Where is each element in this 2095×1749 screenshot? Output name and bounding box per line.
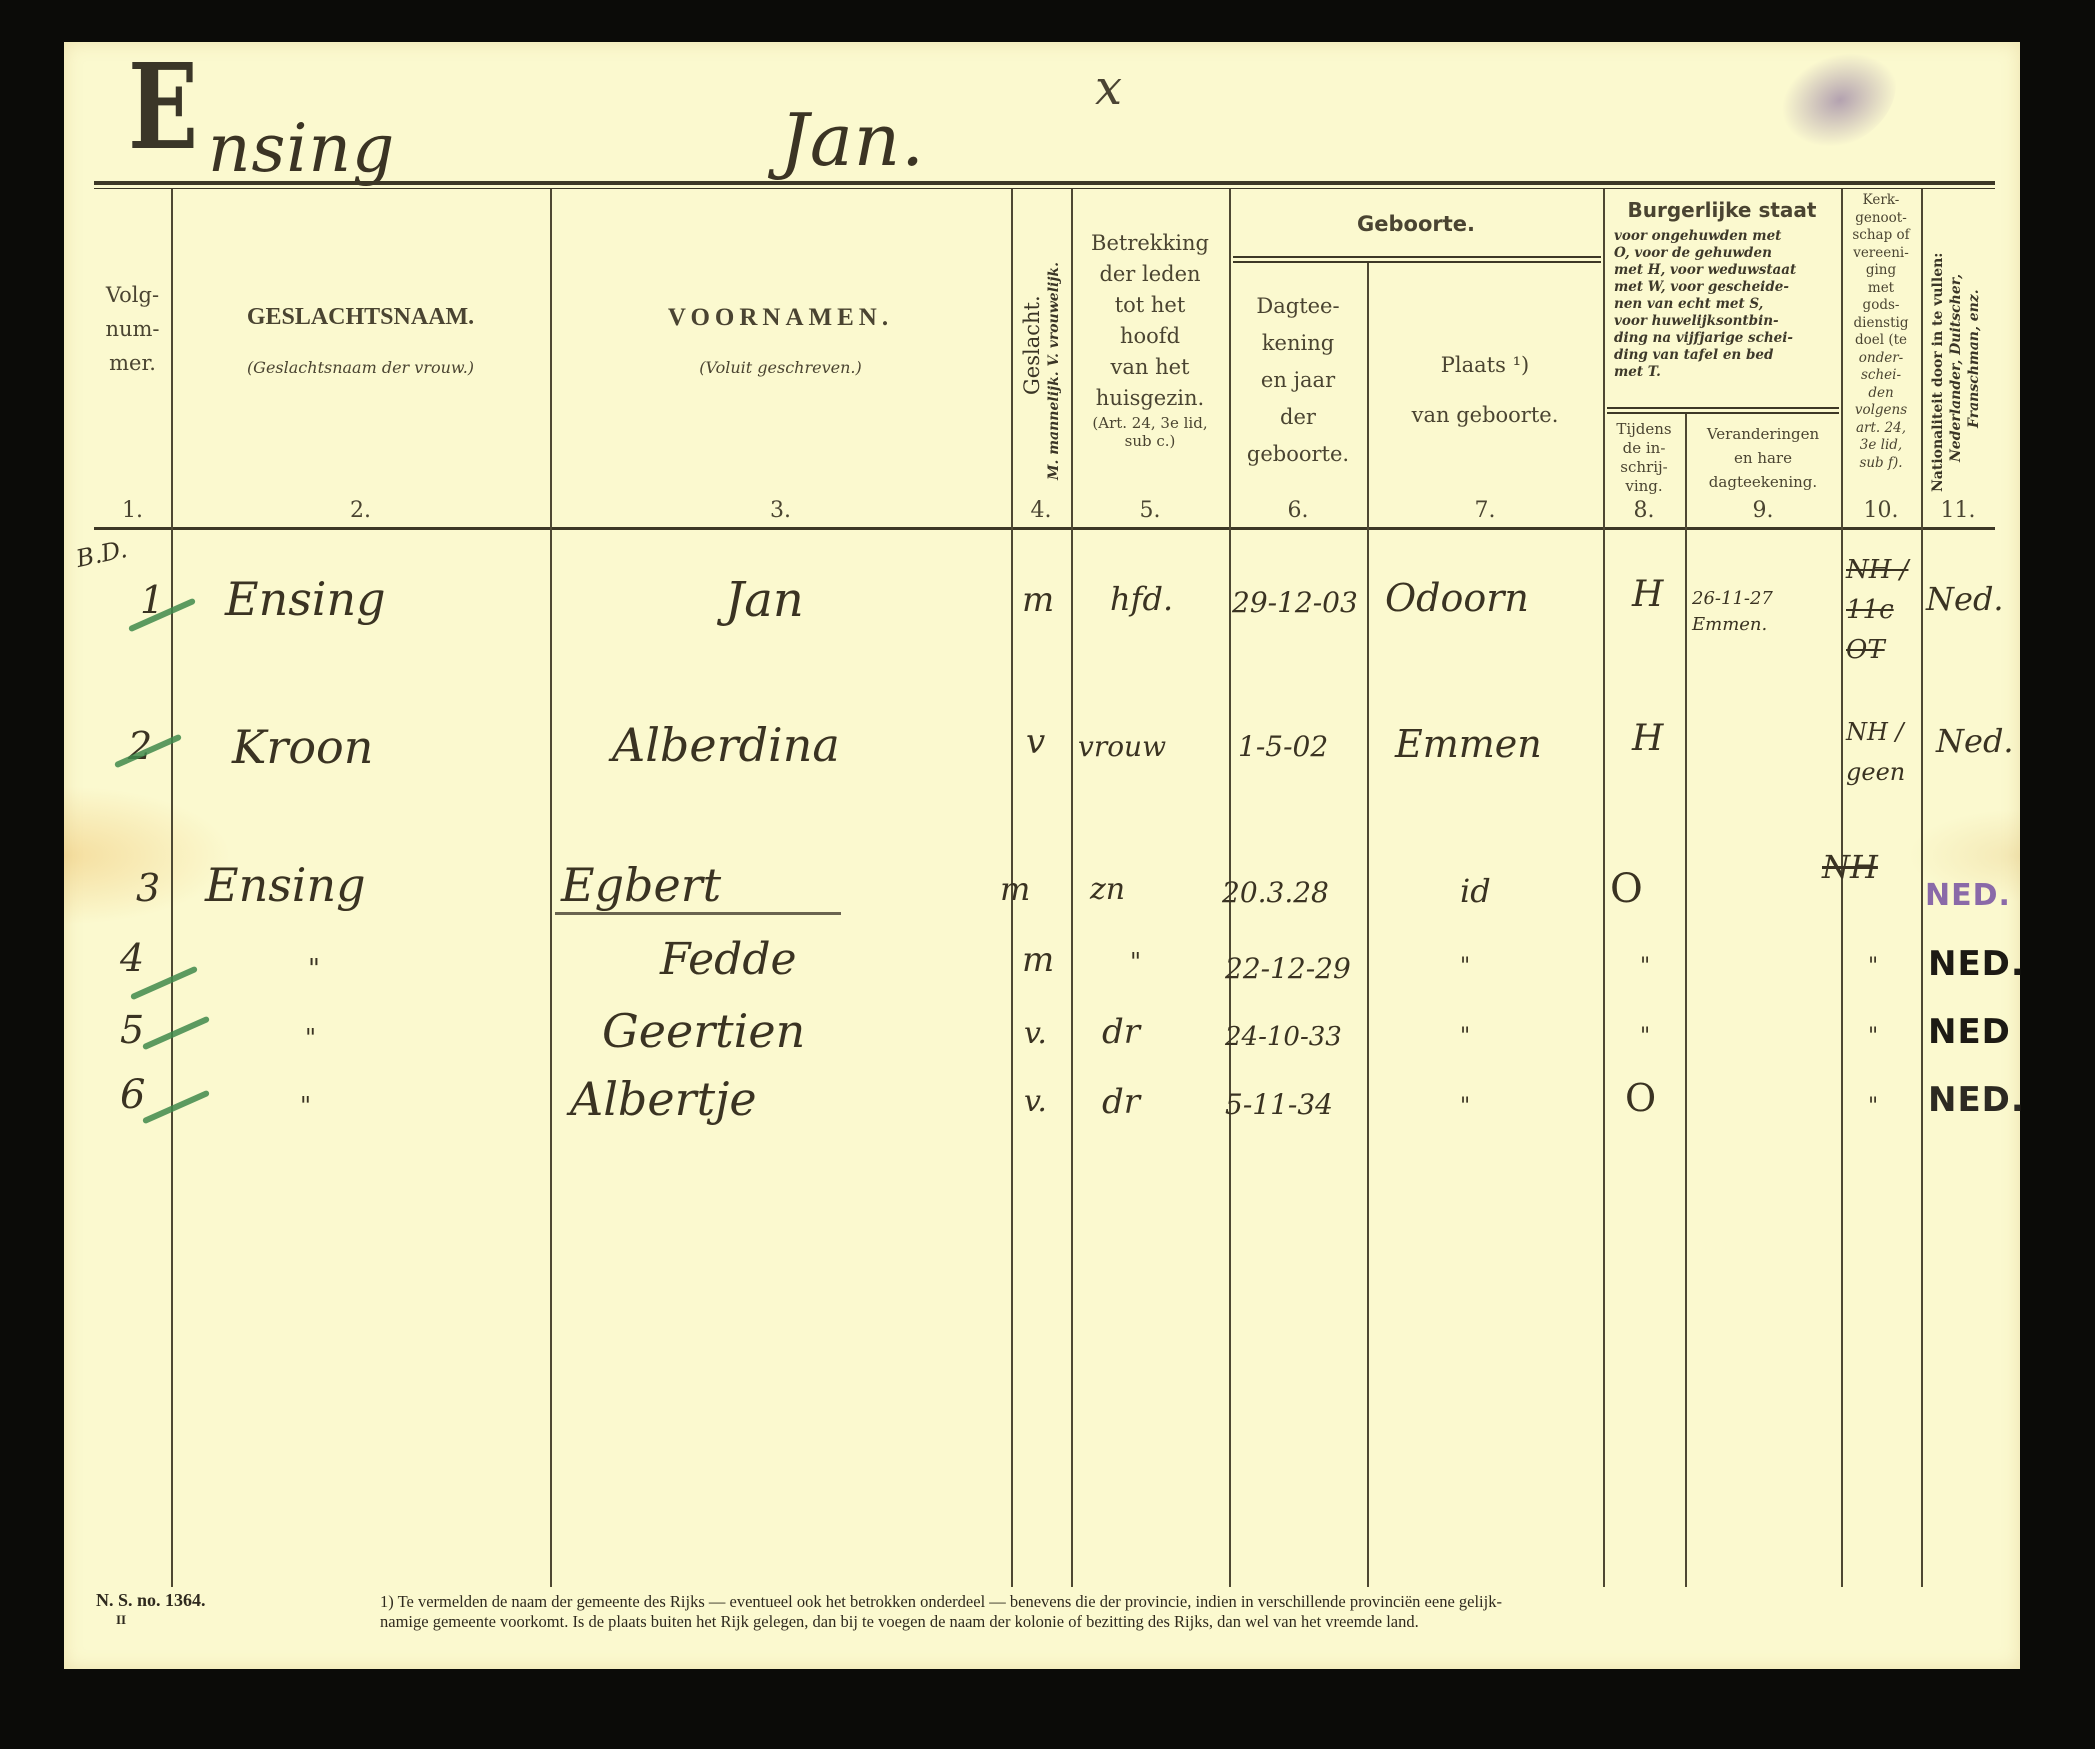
form-series: II <box>116 1612 126 1628</box>
relation: vrouw <box>1078 730 1166 763</box>
explanation-line: met H, voor weduwstaat <box>1614 262 1836 279</box>
surname: Ensing <box>225 572 386 626</box>
explanation-line: O, voor de gehuwden <box>1614 245 1836 262</box>
given-names: Fedde <box>660 934 797 985</box>
explanation-line: ding van tafel en bed <box>1614 347 1836 364</box>
burgerlijke-subrule-a <box>1607 407 1839 409</box>
geboorte-subrule-b <box>1233 261 1601 263</box>
column-number-11: 11. <box>1921 498 1995 523</box>
header-betrekking-line: hoofd <box>1071 321 1229 352</box>
birth-place: Emmen <box>1395 722 1542 766</box>
surname-initial-printed: E <box>128 48 198 166</box>
header-kerk-line: gods- <box>1841 297 1921 315</box>
header-geboorte-group: Geboorte. <box>1229 212 1603 236</box>
civil-status: O <box>1625 1076 1656 1120</box>
header-dagteekening-line: der <box>1229 399 1367 436</box>
column-number-6: 6. <box>1229 498 1367 523</box>
birth-place: " <box>1460 954 1470 979</box>
relation: hfd. <box>1110 580 1173 618</box>
birth-date: 24-10-33 <box>1225 1022 1342 1052</box>
nationality-stamp: NED <box>1928 1012 2011 1052</box>
header-tijdens-line: Tijdens <box>1603 420 1685 439</box>
explanation-line: nen van echt met S, <box>1614 296 1836 313</box>
birth-place: id <box>1460 872 1491 910</box>
civil-status: H <box>1632 574 1663 615</box>
civil-status: " <box>1640 954 1650 979</box>
header-nationaliteit-examples-1: Nederlander, Duitscher, <box>1948 274 1964 462</box>
corner-cross-mark: x <box>1095 60 1123 116</box>
column-number-7: 7. <box>1367 498 1603 523</box>
footnote-line-2: namige gemeente voorkomt. Is de plaats b… <box>380 1612 1419 1632</box>
header-geslacht-sub: M. mannelijk. V. vrouwelijk. <box>1046 262 1062 480</box>
nationality: Ned. <box>1936 722 2014 760</box>
birth-place: " <box>1460 1024 1470 1049</box>
given-names: Alberdina <box>612 718 840 772</box>
header-betrekking-line: der leden <box>1071 259 1229 290</box>
birth-date: 29-12-03 <box>1232 586 1358 619</box>
header-kerk-line: ging <box>1841 262 1921 280</box>
header-kerk-line: den <box>1841 385 1921 403</box>
explanation-line: met T. <box>1614 364 1836 381</box>
header-plaats-line: Plaats ¹) <box>1367 340 1603 390</box>
header-volgnummer-line: num- <box>94 312 171 346</box>
given-names: Egbert <box>555 858 841 915</box>
relation: " <box>1130 948 1141 976</box>
birth-date: 5-11-34 <box>1225 1088 1333 1121</box>
given-names: Jan <box>725 572 804 628</box>
explanation-line: ding na vijfjarige schei- <box>1614 330 1836 347</box>
explanation-line: voor ongehuwden met <box>1614 228 1836 245</box>
header-plaats: Plaats ¹) van geboorte. <box>1367 340 1603 440</box>
explanation-line: voor huwelijksontbin- <box>1614 313 1836 330</box>
column-number-5: 5. <box>1071 498 1229 523</box>
header-veranderingen-line: dagteekening. <box>1685 470 1841 494</box>
sex: v. <box>1024 1016 1047 1051</box>
header-kerk-line: art. 24, <box>1841 420 1921 438</box>
header-tijdens-line: schrij- <box>1603 458 1685 477</box>
header-betrekking-line: Betrekking <box>1071 228 1229 259</box>
header-kerk-line: Kerk- <box>1841 192 1921 210</box>
religion: NH / 11c OT <box>1846 550 1918 670</box>
given-names: Geertien <box>602 1004 805 1058</box>
header-tijdens-line: de in- <box>1603 439 1685 458</box>
column-number-1: 1. <box>94 498 171 523</box>
birth-place: Odoorn <box>1385 576 1529 620</box>
religion: NH <box>1822 848 1878 886</box>
row-number: 5 <box>120 1008 144 1052</box>
header-veranderingen-line: en hare <box>1685 446 1841 470</box>
relation: zn <box>1090 872 1125 907</box>
column-number-4: 4. <box>1011 498 1071 523</box>
row-number: 4 <box>120 936 144 980</box>
sex: v. <box>1024 1084 1047 1119</box>
form-number: N. S. no. 1364. <box>96 1590 206 1611</box>
header-veranderingen: Veranderingen en hare dagteekening. <box>1685 422 1841 494</box>
header-tijdens-inschrijving: Tijdens de in- schrij- ving. <box>1603 420 1685 496</box>
civil-status: O <box>1610 866 1643 912</box>
top-rule <box>94 181 1995 185</box>
col-divider-7 <box>1603 189 1605 1587</box>
given-names: Albertje <box>570 1072 757 1126</box>
header-kerkgenootschap: Kerk- genoot- schap of vereeni- ging met… <box>1841 192 1921 472</box>
header-burgerlijke-staat: Burgerlijke staat <box>1603 198 1841 222</box>
surname: " <box>308 954 320 984</box>
sex: m <box>1022 940 1054 980</box>
nationality-stamp: NED. <box>1925 878 2011 913</box>
header-tijdens-line: ving. <box>1603 477 1685 496</box>
religion: " <box>1868 1094 1878 1119</box>
header-kerk-line: schei- <box>1841 367 1921 385</box>
column-number-9: 9. <box>1685 498 1841 523</box>
nationality-stamp: NED. <box>1928 1080 2025 1120</box>
header-kerk-line: vereeni- <box>1841 245 1921 263</box>
relation: dr <box>1102 1082 1140 1122</box>
column-number-2: 2. <box>171 498 550 523</box>
nationality: Ned. <box>1926 580 2004 618</box>
birth-date: 1-5-02 <box>1238 730 1328 763</box>
sex: m <box>1022 580 1054 620</box>
title-given-name-handwritten: Jan. <box>780 98 925 182</box>
row-number: 6 <box>120 1072 145 1118</box>
header-plaats-line: van geboorte. <box>1367 390 1603 440</box>
explanation-line: met W, voor gescheide- <box>1614 279 1836 296</box>
header-burgerlijke-staat-explanation: voor ongehuwden met O, voor de gehuwden … <box>1614 228 1836 381</box>
surname: " <box>305 1024 316 1052</box>
surname: Kroon <box>232 720 373 774</box>
header-kerk-line: doel (te <box>1841 332 1921 350</box>
header-betrekking-line: van het <box>1071 352 1229 383</box>
burgerlijke-subrule-b <box>1607 412 1839 414</box>
header-kerk-line: 3e lid, <box>1841 437 1921 455</box>
header-kerk-line: genoot- <box>1841 210 1921 228</box>
header-volgnummer: Volg- num- mer. <box>94 278 171 380</box>
header-kerk-line: sub f). <box>1841 455 1921 473</box>
header-nationaliteit: Nationaliteit door in te vullen: <box>1930 253 1946 492</box>
surname: " <box>300 1092 311 1120</box>
header-bottom-rule <box>94 527 1995 530</box>
column-number-8: 8. <box>1603 498 1685 523</box>
column-number-3: 3. <box>550 498 1011 523</box>
civil-status: " <box>1640 1024 1650 1049</box>
header-volgnummer-line: mer. <box>94 346 171 380</box>
birth-place: " <box>1460 1094 1470 1119</box>
civil-status-changes: 26-11-27 Emmen. <box>1692 586 1802 638</box>
header-dagteekening: Dagtee- kening en jaar der geboorte. <box>1229 288 1367 473</box>
header-geslachtsnaam: GESLACHTSNAAM. <box>171 304 550 331</box>
geboorte-subrule-a <box>1233 256 1601 258</box>
col-divider-2 <box>550 189 552 1587</box>
col-divider-1 <box>171 189 173 1587</box>
header-volgnummer-line: Volg- <box>94 278 171 312</box>
header-veranderingen-line: Veranderingen <box>1685 422 1841 446</box>
birth-date: 22-12-29 <box>1225 952 1351 985</box>
row-number: 3 <box>136 866 160 910</box>
header-voornamen: VOORNAMEN. <box>550 304 1011 332</box>
header-dagteekening-line: Dagtee- <box>1229 288 1367 325</box>
footnote-line-1: 1) Te vermelden de naam der gemeente des… <box>380 1592 1502 1612</box>
header-kerk-line: met <box>1841 280 1921 298</box>
header-dagteekening-line: geboorte. <box>1229 436 1367 473</box>
religion: " <box>1868 1024 1878 1049</box>
col-divider-8 <box>1685 412 1687 1587</box>
header-dagteekening-line: kening <box>1229 325 1367 362</box>
sex: m <box>1000 870 1030 908</box>
header-dagteekening-line: en jaar <box>1229 362 1367 399</box>
header-nationaliteit-examples-2: Franschman, enz. <box>1966 289 1982 428</box>
header-geslachtsnaam-sub: (Geslachtsnaam der vrouw.) <box>171 358 550 377</box>
relation: dr <box>1102 1012 1140 1052</box>
header-betrekking-line: tot het <box>1071 290 1229 321</box>
surname: Ensing <box>205 858 366 912</box>
header-kerk-line: schap of <box>1841 227 1921 245</box>
top-rule-thin <box>94 188 1995 189</box>
header-betrekking-sub: sub c.) <box>1071 432 1229 450</box>
header-kerk-line: dienstig <box>1841 315 1921 333</box>
title-surname-handwritten: nsing <box>208 110 395 187</box>
sex: v <box>1026 722 1045 762</box>
header-betrekking-sub: (Art. 24, 3e lid, <box>1071 414 1229 432</box>
birth-date: 20.3.28 <box>1222 876 1329 909</box>
header-betrekking: Betrekking der leden tot het hoofd van h… <box>1071 228 1229 450</box>
col-divider-6 <box>1367 262 1369 1587</box>
religion: NH / geen <box>1846 712 1918 792</box>
religion: " <box>1868 954 1878 979</box>
header-betrekking-line: huisgezin. <box>1071 383 1229 414</box>
header-voornamen-sub: (Voluit geschreven.) <box>550 358 1011 377</box>
civil-status: H <box>1632 718 1663 759</box>
header-kerk-line: volgens <box>1841 402 1921 420</box>
nationality-stamp: NED. <box>1928 944 2025 984</box>
col-divider-10 <box>1921 189 1923 1587</box>
header-kerk-line: onder- <box>1841 350 1921 368</box>
header-geslacht: Geslacht. <box>1020 295 1044 395</box>
column-number-10: 10. <box>1841 498 1921 523</box>
